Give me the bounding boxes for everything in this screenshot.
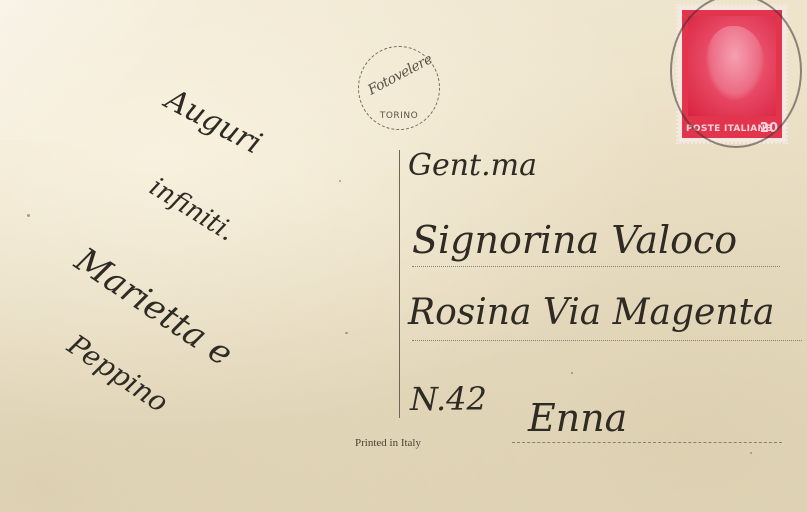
message-line: infiniti. — [144, 172, 240, 248]
address-street: Rosina Via Magenta — [408, 292, 774, 333]
address-divider — [399, 150, 400, 418]
address-line-1 — [412, 266, 780, 267]
stamp-face: POSTE ITALIANE 20 — [682, 10, 782, 138]
message-line: Auguri — [160, 82, 268, 161]
paper-speck — [571, 372, 573, 374]
address-line-3 — [512, 442, 782, 443]
postcard-back: Fotovelere TORINO Auguri infiniti. Marie… — [0, 0, 807, 512]
postage-stamp: POSTE ITALIANE 20 — [676, 4, 794, 144]
message-line: Peppino — [62, 328, 175, 419]
stamp-value: 20 — [760, 121, 778, 136]
address-city: Enna — [528, 396, 627, 440]
paper-speck — [750, 452, 752, 454]
publisher-logo-city: TORINO — [359, 111, 439, 121]
publisher-logo-script: Fotovelere — [365, 52, 434, 99]
address-line-2 — [412, 340, 802, 341]
publisher-logo: Fotovelere TORINO — [358, 46, 440, 130]
paper-speck — [345, 332, 348, 334]
address-salutation: Gent.ma — [408, 148, 537, 183]
profile-bust-icon — [706, 26, 764, 100]
printed-in-italy-imprint: Printed in Italy — [355, 437, 421, 449]
address-recipient: Signorina Valoco — [412, 218, 737, 262]
address-number: N.42 — [410, 380, 487, 418]
paper-speck — [27, 214, 30, 217]
paper-speck — [339, 180, 341, 182]
stamp-portrait-frame — [688, 16, 776, 116]
